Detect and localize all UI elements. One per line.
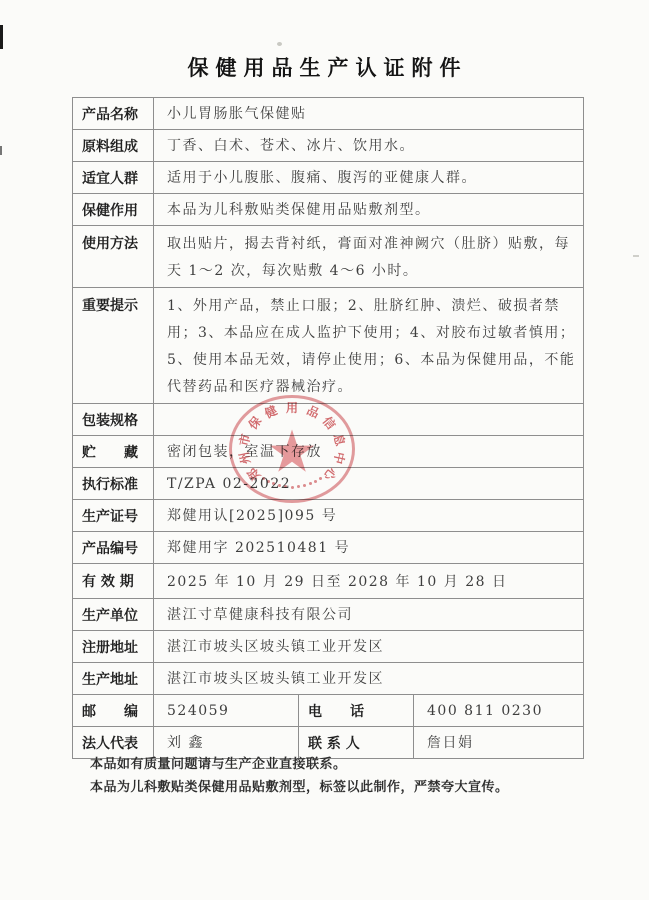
table-row: 重要提示1、外用产品，禁止口服；2、肚脐红肿、溃烂、破损者禁用；3、本品应在成人… xyxy=(73,288,584,404)
row-label: 注册地址 xyxy=(73,631,154,663)
scan-artifact-left-bar xyxy=(0,25,3,49)
row-value-2: 詹日娟 xyxy=(414,727,584,759)
row-value: 丁香、白术、苍术、冰片、饮用水。 xyxy=(154,130,584,162)
table-row: 贮 藏密闭包装，室温下存放 xyxy=(73,436,584,468)
table-row: 包装规格 xyxy=(73,404,584,436)
row-label: 生产证号 xyxy=(73,500,154,532)
table-row: 法人代表刘 鑫联 系 人詹日娟 xyxy=(73,727,584,759)
row-value: 刘 鑫 xyxy=(154,727,299,759)
row-value: T/ZPA 02-2022 xyxy=(154,468,584,500)
row-label: 法人代表 xyxy=(73,727,154,759)
table-row: 原料组成丁香、白术、苍术、冰片、饮用水。 xyxy=(73,130,584,162)
row-value: 取出贴片，揭去背衬纸，膏面对准神阙穴（肚脐）贴敷，每天 1～2 次，每次贴敷 4… xyxy=(154,226,584,288)
row-value: 密闭包装，室温下存放 xyxy=(154,436,584,468)
row-label: 生产地址 xyxy=(73,663,154,695)
row-value xyxy=(154,404,584,436)
table-row: 产品名称小儿胃肠胀气保健贴 xyxy=(73,98,584,130)
table-row: 注册地址湛江市坡头区坡头镇工业开发区 xyxy=(73,631,584,663)
table-row: 生产证号郑健用认[2025]095 号 xyxy=(73,500,584,532)
footer-note-label: 本品为儿科敷贴类保健用品贴敷剂型，标签以此制作，严禁夸大宣传。 xyxy=(90,780,610,796)
row-label: 重要提示 xyxy=(73,288,154,404)
scan-artifact-left-mark xyxy=(0,146,2,155)
row-value: 1、外用产品，禁止口服；2、肚脐红肿、溃烂、破损者禁用；3、本品应在成人监护下使… xyxy=(154,288,584,404)
row-label-2: 电 话 xyxy=(299,695,414,727)
row-label: 执行标准 xyxy=(73,468,154,500)
footer-note-quality: 本品如有质量问题请与生产企业直接联系。 xyxy=(90,757,610,773)
row-label: 保健作用 xyxy=(73,194,154,226)
row-value-2: 400 811 0230 xyxy=(414,695,584,727)
row-value: 湛江寸草健康科技有限公司 xyxy=(154,599,584,631)
scan-artifact-speck-top xyxy=(277,42,282,46)
row-value: 适用于小儿腹胀、腹痛、腹泻的亚健康人群。 xyxy=(154,162,584,194)
table-row: 执行标准T/ZPA 02-2022 xyxy=(73,468,584,500)
row-value: 本品为儿科敷贴类保健用品贴敷剂型。 xyxy=(154,194,584,226)
row-label: 使用方法 xyxy=(73,226,154,288)
row-value: 湛江市坡头区坡头镇工业开发区 xyxy=(154,631,584,663)
row-value: 郑健用认[2025]095 号 xyxy=(154,500,584,532)
row-label: 适宜人群 xyxy=(73,162,154,194)
row-label: 贮 藏 xyxy=(73,436,154,468)
row-label: 邮 编 xyxy=(73,695,154,727)
row-label-2: 联 系 人 xyxy=(299,727,414,759)
row-label: 产品编号 xyxy=(73,532,154,564)
cert-table: 产品名称小儿胃肠胀气保健贴原料组成丁香、白术、苍术、冰片、饮用水。适宜人群适用于… xyxy=(72,97,584,759)
table-row: 生产地址湛江市坡头区坡头镇工业开发区 xyxy=(73,663,584,695)
table-row: 生产单位湛江寸草健康科技有限公司 xyxy=(73,599,584,631)
row-value: 2025 年 10 月 29 日至 2028 年 10 月 28 日 xyxy=(154,564,584,599)
table-row: 保健作用本品为儿科敷贴类保健用品贴敷剂型。 xyxy=(73,194,584,226)
scanned-certificate-page: 保健用品生产认证附件 产品名称小儿胃肠胀气保健贴原料组成丁香、白术、苍术、冰片、… xyxy=(0,0,649,900)
table-row: 产品编号郑健用字 202510481 号 xyxy=(73,532,584,564)
row-label: 产品名称 xyxy=(73,98,154,130)
row-label: 包装规格 xyxy=(73,404,154,436)
row-label: 生产单位 xyxy=(73,599,154,631)
row-label: 有 效 期 xyxy=(73,564,154,599)
table-row: 使用方法取出贴片，揭去背衬纸，膏面对准神阙穴（肚脐）贴敷，每天 1～2 次，每次… xyxy=(73,226,584,288)
page-title: 保健用品生产认证附件 xyxy=(72,52,583,82)
table-row: 适宜人群适用于小儿腹胀、腹痛、腹泻的亚健康人群。 xyxy=(73,162,584,194)
row-value: 524059 xyxy=(154,695,299,727)
row-value: 郑健用字 202510481 号 xyxy=(154,532,584,564)
row-value: 湛江市坡头区坡头镇工业开发区 xyxy=(154,663,584,695)
scan-artifact-speck-right xyxy=(633,255,639,257)
table-row: 邮 编524059电 话400 811 0230 xyxy=(73,695,584,727)
row-value: 小儿胃肠胀气保健贴 xyxy=(154,98,584,130)
row-label: 原料组成 xyxy=(73,130,154,162)
table-row: 有 效 期2025 年 10 月 29 日至 2028 年 10 月 28 日 xyxy=(73,564,584,599)
